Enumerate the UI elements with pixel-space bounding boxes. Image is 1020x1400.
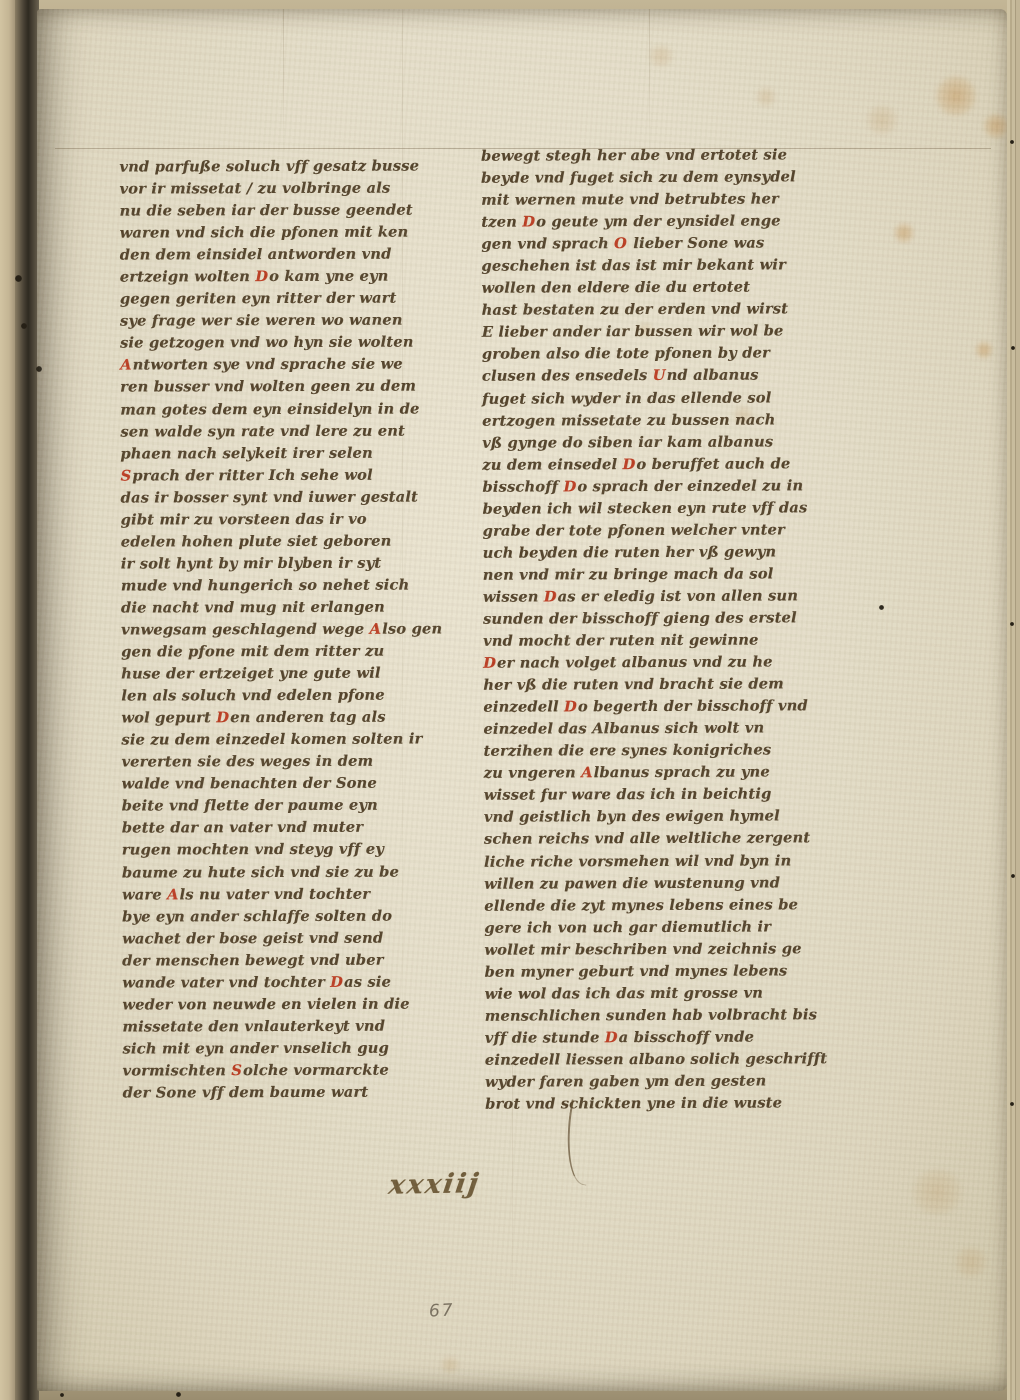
manuscript-line: der menschen bewegt vnd uber bbox=[122, 949, 444, 972]
edge-speck bbox=[176, 1392, 181, 1397]
crease-line bbox=[283, 9, 284, 159]
manuscript-line: sie getzogen vnd wo hyn sie wolten bbox=[120, 332, 442, 355]
manuscript-line: zu dem einsedel Do beruffet auch de bbox=[482, 453, 820, 477]
manuscript-line: man gotes dem eyn einsidelyn in de bbox=[120, 398, 442, 421]
rubric-initial: D bbox=[483, 655, 497, 672]
manuscript-line: hast bestaten zu der erden vnd wirst bbox=[482, 299, 820, 323]
manuscript-line: E lieber ander iar bussen wir wol be bbox=[482, 321, 820, 345]
manuscript-line: waren vnd sich die pfonen mit ken bbox=[120, 222, 442, 245]
fox-stain bbox=[439, 1357, 461, 1373]
text-column-right: bewegt stegh her abe vnd ertotet siebeyd… bbox=[481, 144, 823, 1116]
rubric-initial: O bbox=[614, 235, 628, 252]
manuscript-line: ertzeign wolten Do kam yne eyn bbox=[120, 266, 442, 289]
manuscript-line: grabe der tote pfonen welcher vnter bbox=[483, 519, 821, 543]
binding-gutter bbox=[15, 0, 39, 1400]
manuscript-line: wollen den eldere die du ertotet bbox=[481, 277, 819, 301]
manuscript-line: ellende die zyt mynes lebens eines be bbox=[484, 894, 822, 918]
edge-speck bbox=[60, 1393, 64, 1397]
manuscript-line: her vß die ruten vnd bracht sie dem bbox=[483, 673, 821, 697]
fox-stain bbox=[865, 105, 899, 135]
manuscript-line: wachet der bose geist vnd send bbox=[122, 927, 444, 950]
manuscript-line: bette dar an vater vnd muter bbox=[122, 817, 444, 840]
manuscript-line: tzen Do geute ym der eynsidel enge bbox=[481, 210, 819, 234]
page-edge-right bbox=[1007, 0, 1020, 1400]
manuscript-line: wissen Das er eledig ist von allen sun bbox=[483, 585, 821, 609]
parchment-page: vnd parfuße soluch vff gesatz bussevor i… bbox=[37, 9, 1007, 1391]
manuscript-line: vor ir missetat / zu volbringe als bbox=[119, 177, 441, 200]
manuscript-line: ertzogen missetate zu bussen nach bbox=[482, 409, 820, 433]
manuscript-photo: vnd parfuße soluch vff gesatz bussevor i… bbox=[0, 0, 1020, 1400]
manuscript-line: baume zu hute sich vnd sie zu be bbox=[122, 861, 444, 884]
manuscript-line: uch beyden die ruten her vß gewyn bbox=[483, 541, 821, 565]
manuscript-line: mude vnd hungerich so nehet sich bbox=[121, 574, 443, 597]
rubric-initial: D bbox=[622, 456, 636, 473]
manuscript-line: bisschoff Do sprach der einzedel zu in bbox=[482, 475, 820, 499]
fox-stain bbox=[935, 75, 977, 117]
manuscript-line: nu die seben iar der busse geendet bbox=[120, 200, 442, 223]
manuscript-line: vnd geistlich byn des ewigen hymel bbox=[484, 806, 822, 830]
manuscript-line: walde vnd benachten der Sone bbox=[122, 773, 444, 796]
manuscript-line: schen reichs vnd alle weltliche zergent bbox=[484, 828, 822, 852]
manuscript-line: sunden der bisschoff gieng des erstel bbox=[483, 607, 821, 631]
edge-speck bbox=[1011, 346, 1015, 350]
rubric-initial: U bbox=[653, 367, 667, 384]
manuscript-line: willen zu pawen die wustenung vnd bbox=[484, 872, 822, 896]
manuscript-line: mit wernen mute vnd betrubtes her bbox=[481, 188, 819, 212]
fox-stain bbox=[953, 1247, 989, 1277]
fox-stain bbox=[893, 223, 915, 243]
fox-stain bbox=[909, 1169, 965, 1215]
manuscript-line: die nacht vnd mug nit erlangen bbox=[121, 596, 443, 619]
manuscript-line: einzedell liessen albano solich geschrif… bbox=[485, 1048, 823, 1072]
manuscript-line: gen die pfone mit dem ritter zu bbox=[121, 640, 443, 663]
manuscript-line: vererten sie des weges in dem bbox=[121, 751, 443, 774]
rubric-initial: D bbox=[255, 268, 269, 285]
rubric-initial: D bbox=[564, 698, 578, 715]
manuscript-line: vnwegsam geschlagend wege Also gen bbox=[121, 618, 443, 641]
edge-speck bbox=[1010, 622, 1014, 626]
manuscript-line: Der nach volget albanus vnd zu he bbox=[483, 651, 821, 675]
manuscript-line: menschlichen sunden hab volbracht bis bbox=[485, 1004, 823, 1028]
manuscript-line: vormischten Solche vormarckte bbox=[123, 1059, 445, 1082]
manuscript-line: beite vnd flette der paume eyn bbox=[122, 795, 444, 818]
manuscript-line: gibt mir zu vorsteen das ir vo bbox=[121, 508, 443, 531]
manuscript-line: der Sone vff dem baume wart bbox=[123, 1081, 445, 1104]
manuscript-line: huse der ertzeiget yne gute wil bbox=[121, 663, 443, 686]
manuscript-line: sye frage wer sie weren wo wanen bbox=[120, 310, 442, 333]
manuscript-line: len als soluch vnd edelen pfone bbox=[121, 685, 443, 708]
manuscript-line: das ir bosser synt vnd iuwer gestalt bbox=[121, 486, 443, 509]
fox-stain bbox=[975, 341, 993, 359]
edge-speck bbox=[1010, 140, 1014, 144]
manuscript-line: nen vnd mir zu bringe mach da sol bbox=[483, 563, 821, 587]
manuscript-line: geschehen ist das ist mir bekant wir bbox=[481, 255, 819, 279]
rubric-initial: D bbox=[330, 974, 344, 991]
rubric-initial: A bbox=[370, 621, 383, 638]
fox-stain bbox=[647, 45, 675, 67]
manuscript-line: wande vater vnd tochter Das sie bbox=[122, 971, 444, 994]
manuscript-line: wollet mir beschriben vnd zeichnis ge bbox=[484, 938, 822, 962]
manuscript-line: phaen nach selykeit irer selen bbox=[120, 442, 442, 465]
rubric-initial: A bbox=[120, 357, 133, 374]
manuscript-line: bye eyn ander schlaffe solten do bbox=[122, 905, 444, 928]
facing-page-edge bbox=[0, 0, 15, 1400]
manuscript-line: vß gynge do siben iar kam albanus bbox=[482, 431, 820, 455]
manuscript-line: gere ich von uch gar diemutlich ir bbox=[484, 916, 822, 940]
manuscript-line: ben myner geburt vnd mynes lebens bbox=[484, 960, 822, 984]
page-number-pencil: 67 bbox=[428, 1300, 455, 1321]
manuscript-line: vnd parfuße soluch vff gesatz busse bbox=[119, 155, 441, 178]
rubric-initial: D bbox=[544, 588, 558, 605]
manuscript-line: den dem einsidel antworden vnd bbox=[120, 244, 442, 267]
manuscript-line: sich mit eyn ander vnselich gug bbox=[122, 1037, 444, 1060]
manuscript-line: einzedel das Albanus sich wolt vn bbox=[483, 717, 821, 741]
manuscript-line: brot vnd schickten yne in die wuste bbox=[485, 1092, 823, 1116]
rubric-initial: A bbox=[167, 886, 180, 903]
manuscript-line: Antworten sye vnd sprache sie we bbox=[120, 354, 442, 377]
rubric-initial: D bbox=[216, 709, 230, 726]
edge-speck bbox=[1011, 874, 1015, 878]
manuscript-line: zu vngeren Albanus sprach zu yne bbox=[484, 762, 822, 786]
manuscript-line: wisset fur ware das ich in beichtig bbox=[484, 784, 822, 808]
manuscript-line: vff die stunde Da bisschoff vnde bbox=[485, 1026, 823, 1050]
manuscript-line: wol gepurt Den anderen tag als bbox=[121, 707, 443, 730]
manuscript-line: ren busser vnd wolten geen zu dem bbox=[120, 376, 442, 399]
manuscript-line: ir solt hynt by mir blyben ir syt bbox=[121, 552, 443, 575]
wormhole bbox=[15, 275, 22, 282]
manuscript-line: sen walde syn rate vnd lere zu ent bbox=[120, 420, 442, 443]
manuscript-line: vnd mocht der ruten nit gewinne bbox=[483, 629, 821, 653]
manuscript-line: fuget sich wyder in das ellende sol bbox=[482, 387, 820, 411]
rubric-initial: S bbox=[231, 1062, 243, 1079]
wormhole bbox=[879, 605, 884, 610]
manuscript-line: terzihen die ere synes konigriches bbox=[483, 740, 821, 764]
rubric-initial: D bbox=[605, 1029, 619, 1046]
manuscript-line: wie wol das ich das mit grosse vn bbox=[485, 982, 823, 1006]
text-column-left: vnd parfuße soluch vff gesatz bussevor i… bbox=[119, 155, 444, 1104]
manuscript-line: wyder faren gaben ym den gesten bbox=[485, 1070, 823, 1094]
manuscript-line: sie zu dem einzedel komen solten ir bbox=[121, 729, 443, 752]
wormhole bbox=[36, 366, 42, 372]
crease-line bbox=[649, 9, 650, 159]
manuscript-line: clusen des ensedels Und albanus bbox=[482, 365, 820, 389]
rubric-initial: D bbox=[563, 478, 577, 495]
manuscript-line: einzedell Do begerth der bisschoff vnd bbox=[483, 695, 821, 719]
rubric-initial: S bbox=[120, 467, 132, 484]
edge-speck bbox=[1010, 1102, 1014, 1106]
manuscript-line: rugen mochten vnd steyg vff ey bbox=[122, 839, 444, 862]
wormhole bbox=[21, 323, 27, 329]
manuscript-line: weder von neuwde en vielen in die bbox=[122, 993, 444, 1016]
manuscript-line: beyden ich wil stecken eyn rute vff das bbox=[482, 497, 820, 521]
manuscript-line: liche riche vorsmehen wil vnd byn in bbox=[484, 850, 822, 874]
rubric-initial: A bbox=[581, 765, 594, 782]
fox-stain bbox=[755, 87, 777, 107]
manuscript-line: gen vnd sprach O lieber Sone was bbox=[481, 232, 819, 256]
manuscript-line: bewegt stegh her abe vnd ertotet sie bbox=[481, 144, 819, 168]
manuscript-line: ware Als nu vater vnd tochter bbox=[122, 883, 444, 906]
manuscript-line: groben also die tote pfonen by der bbox=[482, 343, 820, 367]
manuscript-line: edelen hohen plute siet geboren bbox=[121, 530, 443, 553]
fox-stain bbox=[983, 113, 1009, 139]
manuscript-line: missetate den vnlauterkeyt vnd bbox=[122, 1015, 444, 1038]
manuscript-line: Sprach der ritter Ich sehe wol bbox=[120, 464, 442, 487]
rubric-initial: D bbox=[522, 214, 536, 231]
manuscript-line: gegen geriten eyn ritter der wart bbox=[120, 288, 442, 311]
folio-numeral: xxxiij bbox=[387, 1168, 482, 1201]
manuscript-line: beyde vnd fuget sich zu dem eynsydel bbox=[481, 166, 819, 190]
